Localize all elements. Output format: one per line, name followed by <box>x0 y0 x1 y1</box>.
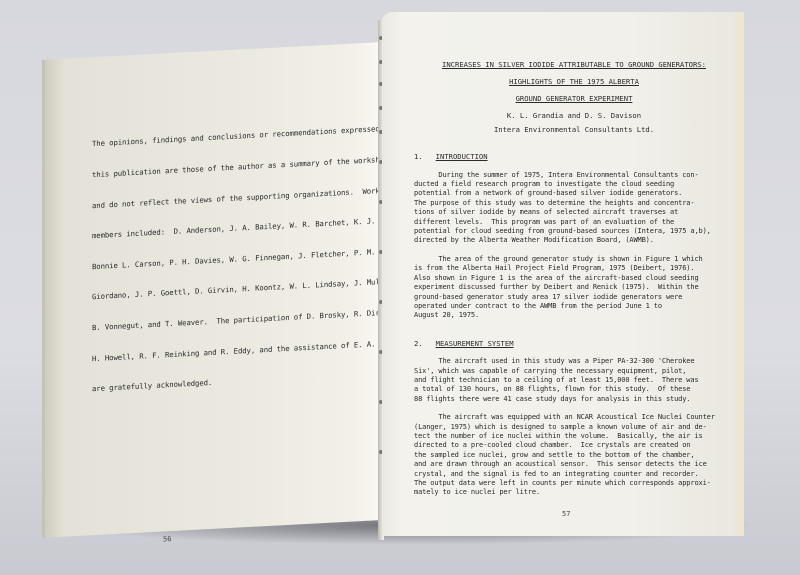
text-line: The opinions, findings and conclusions o… <box>92 124 382 149</box>
text-line: Giordano, J. P. Goettl, D. Girvin, H. Ko… <box>92 277 382 302</box>
left-page: The opinions, findings and conclusions o… <box>42 42 382 538</box>
section-number: 1. <box>414 152 423 161</box>
page-number-left: 56 <box>163 535 171 543</box>
article-body: INCREASES IN SILVER IODIDE ATTRIBUTABLE … <box>414 60 734 507</box>
paragraph: The aircraft was equipped with an NCAR A… <box>414 413 734 498</box>
acknowledgements-text: The opinions, findings and conclusions o… <box>92 104 382 415</box>
affiliation: Intera Environmental Consultants Ltd. <box>414 125 734 134</box>
section-title: INTRODUCTION <box>436 152 488 161</box>
text-line: H. Howell, R. F. Reinking and R. Eddy, a… <box>92 339 382 364</box>
right-page: INCREASES IN SILVER IODIDE ATTRIBUTABLE … <box>382 12 744 536</box>
text-line: B. Vonnegut, and T. Weaver. The particip… <box>92 308 382 333</box>
section-heading-introduction: 1. INTRODUCTION <box>414 152 734 161</box>
article-title: HIGHLIGHTS OF THE 1975 ALBERTA <box>414 77 734 86</box>
text-line: and do not reflect the views of the supp… <box>92 186 382 211</box>
page-number-right: 57 <box>562 510 570 518</box>
text-line: this publication are those of the author… <box>92 155 382 180</box>
text-line: are gratefully acknowledged. <box>92 369 382 394</box>
paragraph: The aircraft used in this study was a Pi… <box>414 357 734 404</box>
article-title: INCREASES IN SILVER IODIDE ATTRIBUTABLE … <box>414 60 734 69</box>
article-title: GROUND GENERATOR EXPERIMENT <box>414 94 734 103</box>
section-number: 2. <box>414 339 423 348</box>
text-line: Bonnie L. Carson, P. H. Davies, W. G. Fi… <box>92 247 382 272</box>
paragraph: The area of the ground generator study i… <box>414 255 734 321</box>
text-line: members included: D. Anderson, J. A. Bai… <box>92 216 382 241</box>
authors: K. L. Grandia and D. S. Davison <box>414 111 734 120</box>
section-heading-measurement-system: 2. MEASUREMENT SYSTEM <box>414 339 734 348</box>
section-title: MEASUREMENT SYSTEM <box>436 339 514 348</box>
paragraph: During the summer of 1975, Intera Enviro… <box>414 171 734 246</box>
